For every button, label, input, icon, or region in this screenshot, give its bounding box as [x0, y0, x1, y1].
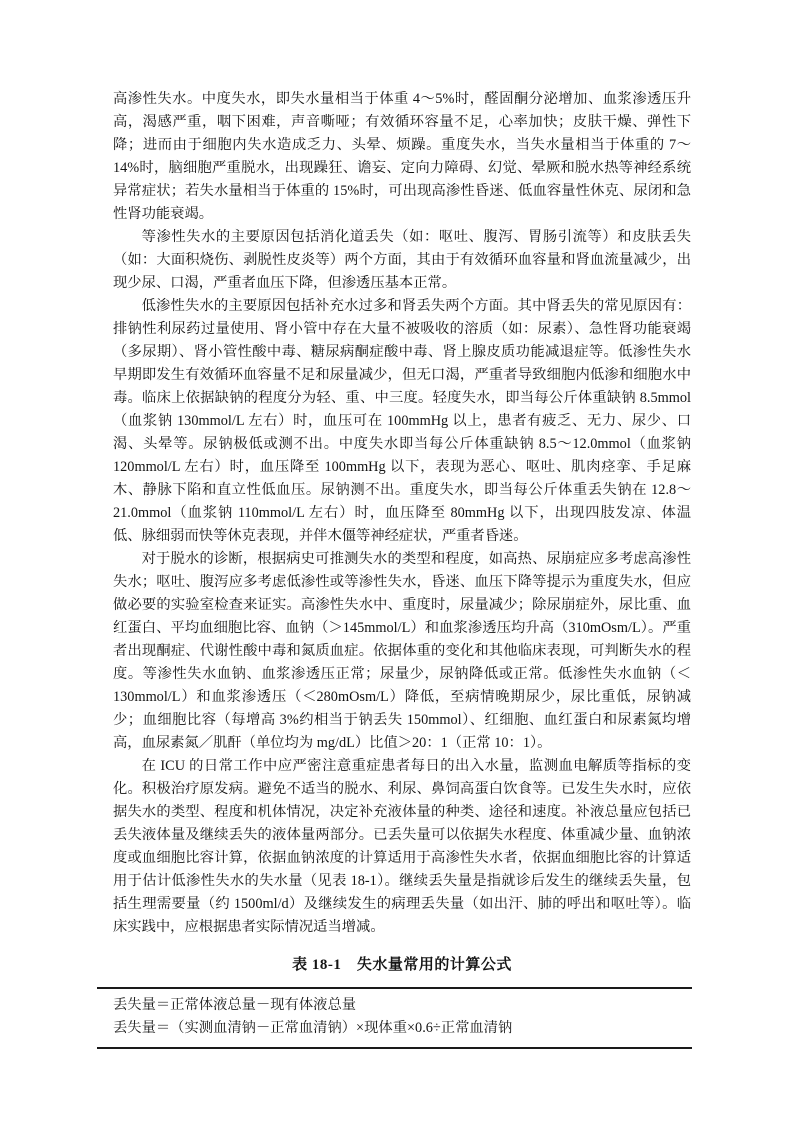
- paragraph-hypertonic-dehydration: 高渗性失水。中度失水，即失水量相当于体重 4～5%时，醛固酮分泌增加、血浆渗透压…: [113, 88, 691, 226]
- table-caption: 表 18-1 失水量常用的计算公式: [113, 954, 691, 977]
- paragraph-isotonic-dehydration: 等渗性失水的主要原因包括消化道丢失（如：呕吐、腹泻、胃肠引流等）和皮肤丢失（如：…: [113, 226, 691, 295]
- paragraph-hypotonic-dehydration: 低渗性失水的主要原因包括补充水过多和肾丢失两个方面。其中肾丢失的常见原因有：排钠…: [113, 295, 691, 548]
- table-row-formula-2: 丢失量＝（实测血清钠－正常血清钠）×现体重×0.6÷正常血清钠: [97, 1017, 692, 1040]
- table-row-formula-1: 丢失量＝正常体液总量－现有体液总量: [97, 994, 692, 1017]
- text-column: 高渗性失水。中度失水，即失水量相当于体重 4～5%时，醛固酮分泌增加、血浆渗透压…: [113, 88, 691, 1049]
- formula-table: 丢失量＝正常体液总量－现有体液总量 丢失量＝（实测血清钠－正常血清钠）×现体重×…: [97, 987, 692, 1049]
- paragraph-icu-fluid-management: 在 ICU 的日常工作中应严密注意重症患者每日的出入水量，监测血电解质等指标的变…: [113, 755, 691, 939]
- document-page: 高渗性失水。中度失水，即失水量相当于体重 4～5%时，醛固酮分泌增加、血浆渗透压…: [0, 0, 793, 1122]
- paragraph-dehydration-diagnosis: 对于脱水的诊断，根据病史可推测失水的类型和程度，如高热、尿崩症应多考虑高渗性失水…: [113, 548, 691, 755]
